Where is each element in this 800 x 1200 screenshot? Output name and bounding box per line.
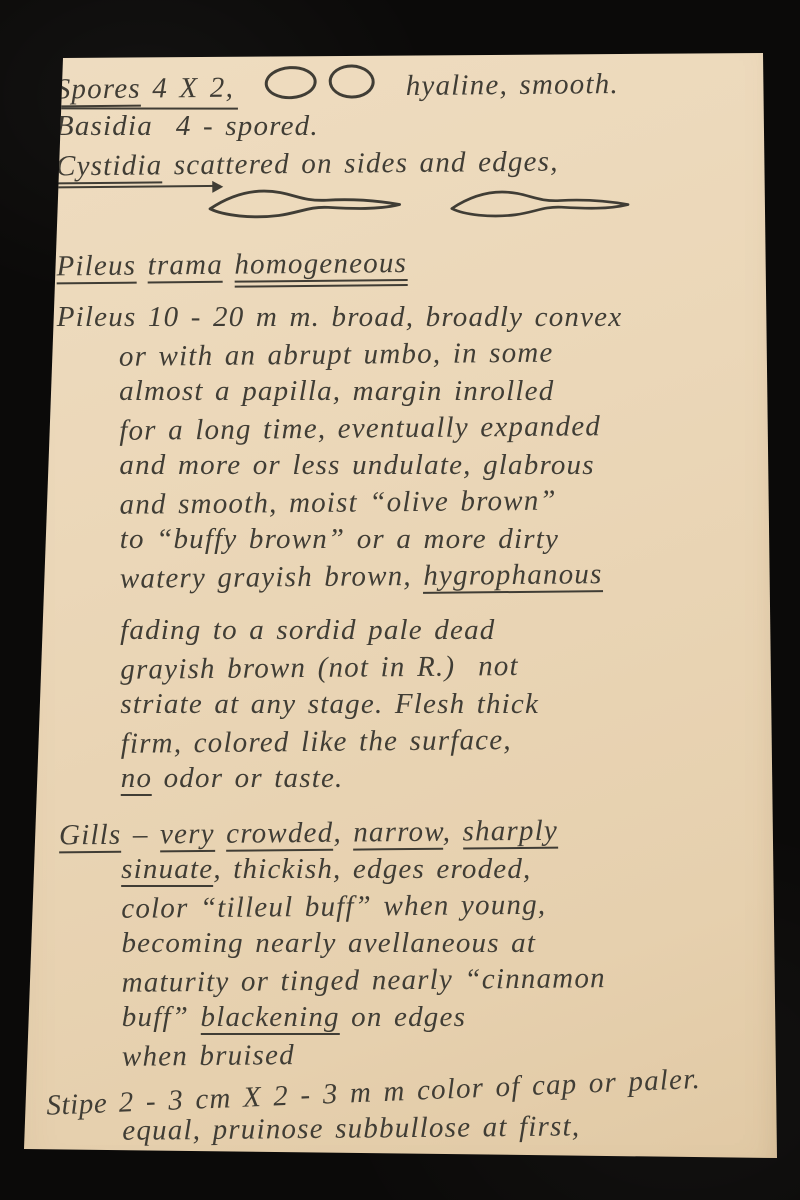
text-segment bbox=[223, 249, 235, 281]
text-segment: when bruised bbox=[122, 1039, 295, 1073]
spore-oval-icon bbox=[328, 64, 375, 99]
text-segment: hyaline, smooth. bbox=[383, 68, 619, 102]
gills-line-6: buff” blackening on edges bbox=[60, 999, 766, 1036]
text-segment: sinuate bbox=[121, 853, 213, 887]
pileus-line-10: grayish brown (not in R.) not bbox=[58, 646, 764, 690]
text-segment: blackening bbox=[201, 1001, 340, 1035]
cystidia-sketch-row bbox=[56, 182, 762, 228]
text-segment bbox=[136, 250, 148, 282]
gills-line-5: maturity or tinged nearly “cinnamon bbox=[59, 959, 765, 1003]
spore-sketch bbox=[265, 64, 375, 109]
text-segment: crowded bbox=[226, 817, 334, 852]
text-segment: hygrophanous bbox=[423, 558, 603, 594]
pileus-line-1: Pileus 10 - 20 m m. broad, broadly conve… bbox=[57, 299, 763, 336]
pileus-line-4: for a long time, eventually expanded bbox=[57, 407, 763, 451]
text-segment: very bbox=[160, 818, 215, 853]
text-segment: buff” bbox=[122, 1001, 201, 1033]
text-segment: trama bbox=[148, 249, 224, 284]
spore-oval-icon bbox=[264, 65, 318, 101]
cystidia-line: Cystidia scattered on sides and edges, bbox=[56, 142, 762, 186]
text-segment: almost a papilla, margin inrolled bbox=[119, 375, 554, 407]
text-segment bbox=[215, 818, 227, 850]
text-segment: , bbox=[333, 817, 353, 849]
cystidium-sketch bbox=[206, 183, 406, 227]
pileus-line-7: to “buffy brown” or a more dirty bbox=[58, 521, 764, 558]
note-card: Spores 4 X 2, hyaline, smooth.Basidia 4 … bbox=[0, 0, 800, 1200]
text-segment: Basidia 4 - spored. bbox=[56, 110, 319, 142]
trama-heading: Pileus trama homogeneous bbox=[56, 242, 762, 286]
pileus-line-13: no odor or taste. bbox=[59, 760, 765, 797]
card-lines: Spores 4 X 2, hyaline, smooth.Basidia 4 … bbox=[56, 62, 767, 1148]
text-segment: no bbox=[121, 762, 152, 796]
pileus-line-12: firm, colored like the surface, bbox=[58, 720, 764, 764]
text-segment: firm, colored like the surface, bbox=[120, 724, 512, 760]
text-segment: 4 X 2, bbox=[141, 71, 257, 104]
stipe-line-2: equal, pruinose subbullose at first, bbox=[60, 1107, 766, 1151]
text-segment: and more or less undulate, glabrous bbox=[119, 449, 594, 481]
text-segment: Pileus bbox=[56, 250, 136, 285]
text-segment: on edges bbox=[340, 1001, 466, 1033]
text-segment: Pileus 10 - 20 m m. broad, broadly conve… bbox=[57, 301, 623, 333]
gills-line-1: Gills – very crowded, narrow, sharply bbox=[59, 811, 765, 855]
pileus-line-8: watery grayish brown, hygrophanous bbox=[58, 555, 764, 599]
text-segment: – bbox=[121, 818, 160, 850]
text-segment: becoming nearly avellaneous at bbox=[121, 927, 536, 959]
gills-line-3: color “tilleul buff” when young, bbox=[59, 885, 765, 929]
basidia-line: Basidia 4 - spored. bbox=[56, 108, 762, 145]
text-segment: to “buffy brown” or a more dirty bbox=[120, 523, 559, 555]
pileus-line-2: or with an abrupt umbo, in some bbox=[57, 333, 763, 377]
cystidium-sketch bbox=[448, 183, 634, 227]
text-segment: homogeneous bbox=[234, 247, 407, 288]
text-segment: sharply bbox=[462, 815, 558, 850]
text-segment: narrow bbox=[353, 816, 443, 851]
pileus-line-9: fading to a sordid pale dead bbox=[58, 612, 764, 649]
text-segment: odor or taste. bbox=[152, 762, 343, 794]
text-segment: maturity or tinged nearly “cinnamon bbox=[121, 962, 605, 999]
gills-line-2: sinuate, thickish, edges eroded, bbox=[59, 851, 765, 888]
pileus-line-6: and smooth, moist “olive brown” bbox=[57, 481, 763, 525]
spores-line: Spores 4 X 2, hyaline, smooth. bbox=[56, 61, 762, 112]
text-segment: equal, pruinose subbullose at first, bbox=[122, 1110, 580, 1146]
text-segment: watery grayish brown, bbox=[120, 560, 424, 595]
pileus-line-11: striate at any stage. Flesh thick bbox=[58, 686, 764, 723]
text-segment: color “tilleul buff” when young, bbox=[121, 889, 546, 925]
text-segment: Cystidia bbox=[56, 149, 163, 184]
text-segment: scattered on sides and edges, bbox=[162, 146, 559, 182]
text-segment: , bbox=[443, 816, 463, 848]
text-segment: for a long time, eventually expanded bbox=[119, 410, 601, 447]
gills-line-4: becoming nearly avellaneous at bbox=[59, 925, 765, 962]
pileus-line-5: and more or less undulate, glabrous bbox=[57, 447, 763, 484]
text-segment: , thickish, edges eroded, bbox=[213, 853, 531, 885]
text-segment: and smooth, moist “olive brown” bbox=[119, 485, 557, 521]
text-segment: or with an abrupt umbo, in some bbox=[119, 337, 554, 373]
text-segment: Spores bbox=[56, 73, 141, 108]
text-segment: grayish brown (not in R.) not bbox=[120, 650, 519, 686]
text-segment: fading to a sordid pale dead bbox=[120, 614, 495, 646]
pileus-line-3: almost a papilla, margin inrolled bbox=[57, 373, 763, 410]
text-segment: Gills bbox=[59, 819, 122, 854]
text-segment: striate at any stage. Flesh thick bbox=[120, 688, 539, 720]
